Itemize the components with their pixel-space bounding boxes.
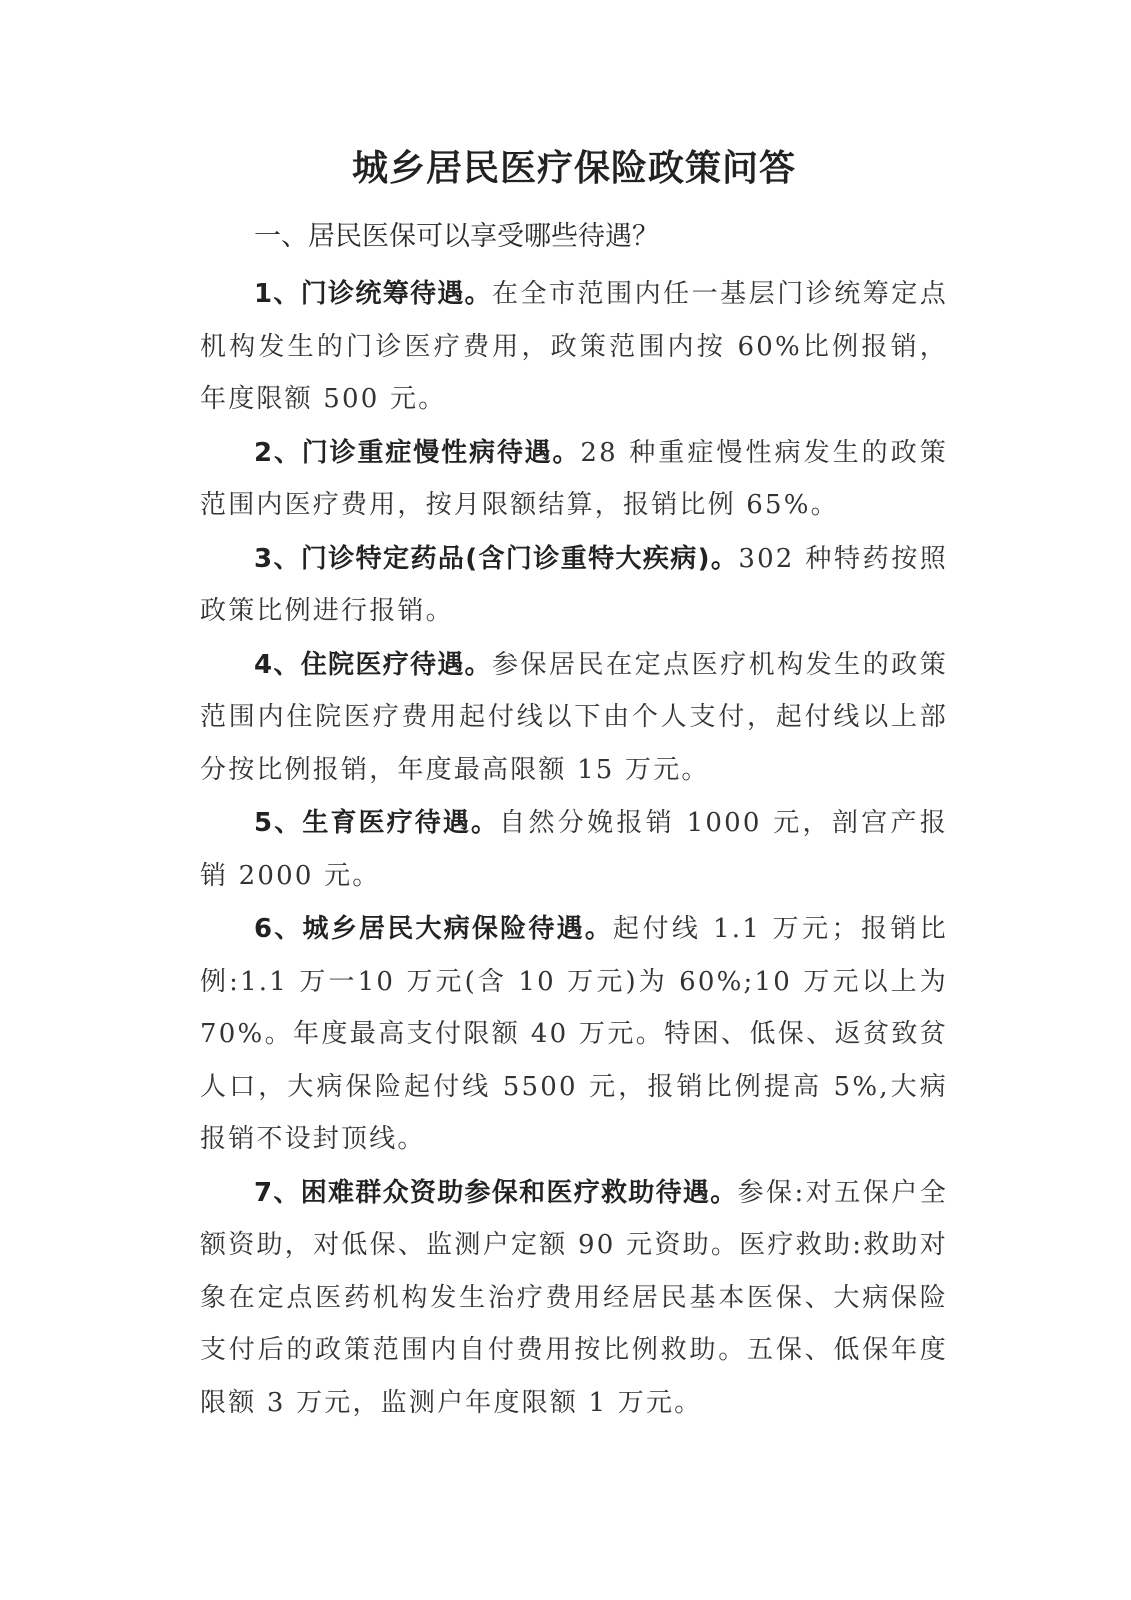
item-lead: 4、住院医疗待遇。 <box>254 650 492 680</box>
item-lead: 7、困难群众资助参保和医疗救助待遇。 <box>254 1178 738 1208</box>
item-lead: 5、生育医疗待遇。 <box>254 808 499 838</box>
item-body: 参保:对五保户全额资助，对低保、监测户定额 90 元资助。医疗救助:救助对象在定… <box>200 1178 948 1418</box>
benefit-item-6: 6、城乡居民大病保险待遇。起付线 1.1 万元；报销比例:1.1 万一10 万元… <box>200 903 948 1166</box>
document-page: 城乡居民医疗保险政策问答 一、居民医保可以享受哪些待遇？ 1、门诊统筹待遇。在全… <box>200 140 948 1430</box>
benefit-item-5: 5、生育医疗待遇。自然分娩报销 1000 元，剖宫产报销 2000 元。 <box>200 797 948 902</box>
item-lead: 6、城乡居民大病保险待遇。 <box>254 914 613 944</box>
benefit-item-2: 2、门诊重症慢性病待遇。28 种重症慢性病发生的政策范围内医疗费用，按月限额结算… <box>200 427 948 532</box>
item-body: 起付线 1.1 万元；报销比例:1.1 万一10 万元(含 10 万元)为 60… <box>200 914 948 1154</box>
item-lead: 1、门诊统筹待遇。 <box>254 279 492 309</box>
item-lead: 3、门诊特定药品(含门诊重特大疾病)。 <box>254 544 738 574</box>
document-title: 城乡居民医疗保险政策问答 <box>200 140 948 198</box>
benefit-item-7: 7、困难群众资助参保和医疗救助待遇。参保:对五保户全额资助，对低保、监测户定额 … <box>200 1167 948 1430</box>
benefit-item-3: 3、门诊特定药品(含门诊重特大疾病)。302 种特药按照政策比例进行报销。 <box>200 533 948 638</box>
item-lead: 2、门诊重症慢性病待遇。 <box>254 438 580 468</box>
section-heading: 一、居民医保可以享受哪些待遇？ <box>200 210 948 264</box>
benefit-item-4: 4、住院医疗待遇。参保居民在定点医疗机构发生的政策范围内住院医疗费用起付线以下由… <box>200 639 948 797</box>
benefit-item-1: 1、门诊统筹待遇。在全市范围内任一基层门诊统筹定点机构发生的门诊医疗费用，政策范… <box>200 268 948 426</box>
